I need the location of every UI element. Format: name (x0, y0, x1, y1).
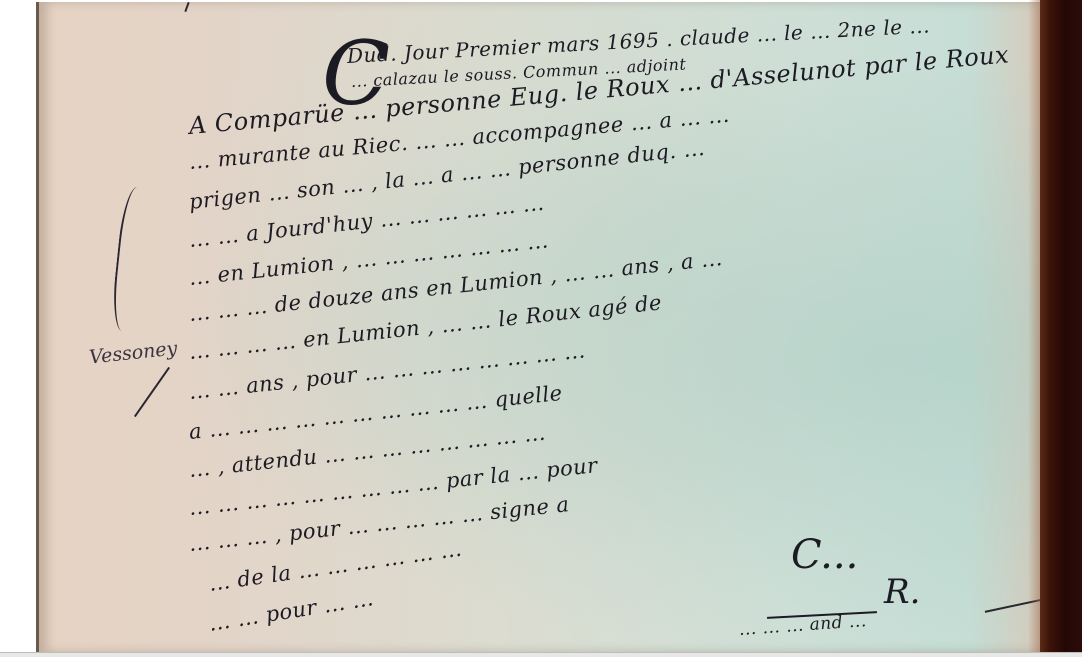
manuscript-page: C Dud. Jour Premier mars 1695 . claude .… (36, 2, 1049, 652)
margin-note: Vessoney (88, 337, 178, 368)
photo-frame: C Dud. Jour Premier mars 1695 . claude .… (0, 0, 1082, 652)
book-binding (1040, 0, 1082, 652)
margin-brace (110, 186, 157, 334)
ink-mark (184, 2, 189, 12)
manuscript-line-16: ... ... pour ... ... (207, 586, 375, 636)
manuscript-bottom-line: ... ... ... and ... (738, 611, 867, 640)
signature-main: C... (791, 532, 858, 578)
bottom-strip (0, 652, 1082, 657)
signature-secondary: R. (884, 572, 920, 612)
margin-stroke (134, 367, 170, 417)
